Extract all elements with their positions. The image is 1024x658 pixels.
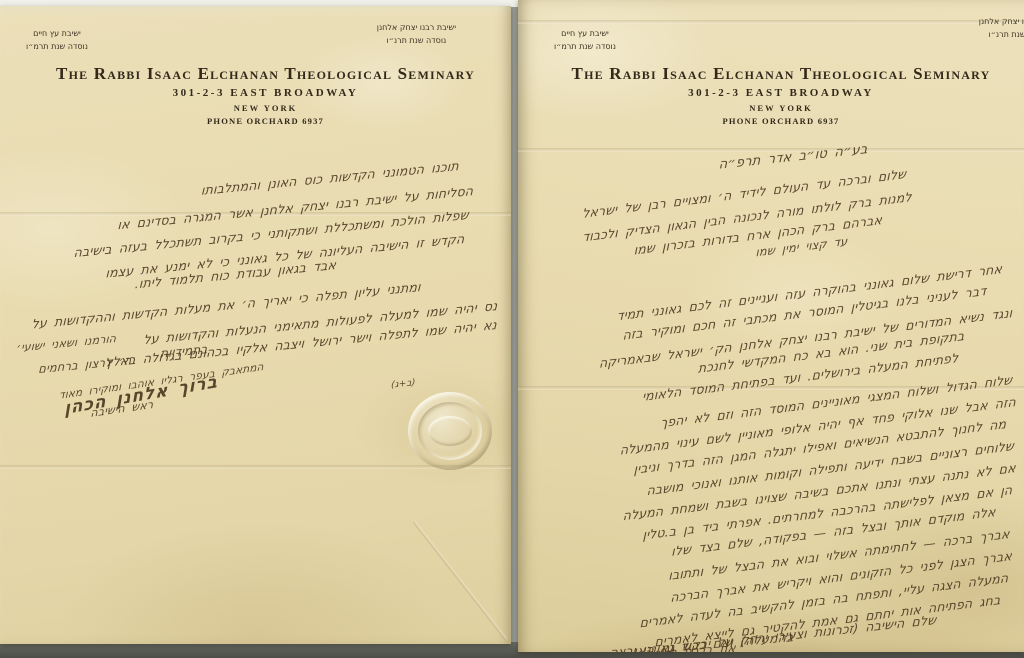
org-founded-hebrew: נוסדה שנת תרנ״ו [979, 29, 1024, 42]
letterhead-corner-rabbenu-yitzchak: ישיבת רבנו יצחק אלחנן נוסדה שנת תרנ״ו [377, 22, 456, 48]
date-line: בע״ה טו״ב אדר תרפ״ה [719, 142, 869, 173]
address-line: 301-2-3 EAST BROADWAY [528, 87, 1024, 99]
org-name-hebrew: ישיבת רבנו יצחק אלחנן [979, 16, 1024, 29]
scanned-letter-canvas: ישיבת עץ חיים נוסדה שנת תרמ״ו ישיבת רבנו… [0, 0, 1024, 658]
phone-line: PHONE ORCHARD 6937 [10, 116, 511, 126]
org-founded-hebrew: נוסדה שנת תרמ״ו [554, 41, 616, 54]
org-name-hebrew: ישיבת עץ חיים [554, 28, 616, 41]
seminary-title: The Rabbi Isaac Elchanan Theological Sem… [528, 64, 1024, 84]
letterhead-corner-rabbenu-yitzchak: ישיבת רבנו יצחק אלחנן נוסדה שנת תרנ״ו [979, 16, 1024, 42]
letter-page-left: ישיבת עץ חיים נוסדה שנת תרמ״ו ישיבת רבנו… [0, 6, 511, 644]
letterhead: The Rabbi Isaac Elchanan Theological Sem… [518, 64, 1024, 126]
seal-scribble: (ב+ג) [390, 378, 415, 391]
org-name-hebrew: ישיבת רבנו יצחק אלחנן [377, 22, 456, 35]
org-founded-hebrew: נוסדה שנת תרמ״ו [26, 41, 88, 54]
letterhead: The Rabbi Isaac Elchanan Theological Sem… [0, 64, 511, 126]
org-name-hebrew: ישיבת עץ חיים [26, 28, 88, 41]
letterhead-corner-etz-chaim: ישיבת עץ חיים נוסדה שנת תרמ״ו [554, 28, 616, 54]
seminary-title: The Rabbi Isaac Elchanan Theological Sem… [10, 64, 511, 84]
fold-crease [413, 520, 508, 640]
city-line: NEW YORK [10, 103, 511, 113]
phone-line: PHONE ORCHARD 6937 [528, 116, 1024, 126]
org-founded-hebrew: נוסדה שנת תרנ״ו [377, 35, 456, 48]
handwriting-line: ה׳ לרצון ברחמים [38, 353, 132, 376]
address-line: 301-2-3 EAST BROADWAY [10, 87, 511, 99]
letterhead-corner-etz-chaim: ישיבת עץ חיים נוסדה שנת תרמ״ו [26, 28, 88, 54]
embossed-seal [408, 392, 492, 470]
letter-page-right: ישיבת עץ חיים נוסדה שנת תרמ״ו ישיבת רבנו… [518, 0, 1024, 652]
handwriting-line: הורמנו ושאני ישועי׳ [16, 332, 117, 355]
fold-crease [518, 20, 1024, 24]
city-line: NEW YORK [528, 103, 1024, 113]
